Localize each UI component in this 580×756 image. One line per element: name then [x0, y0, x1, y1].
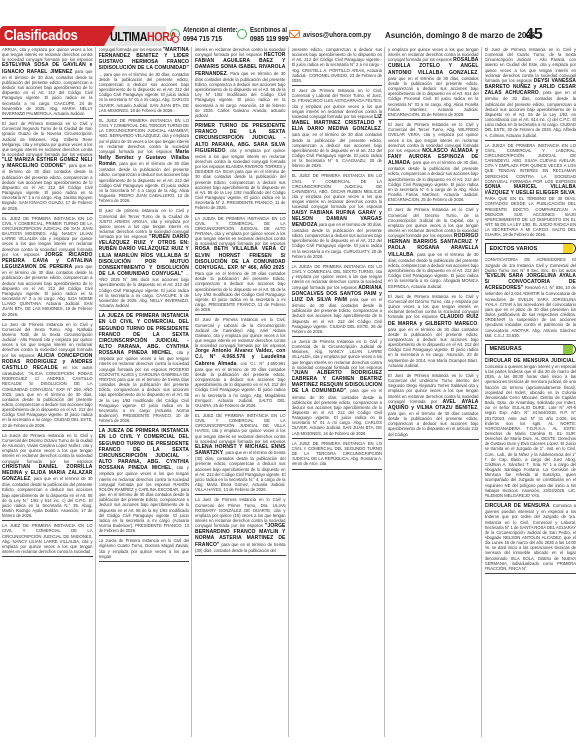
legal-notice: LA JUEZ DE PRIMERA INSTANCIA EN LO CIVIL… — [292, 441, 383, 470]
column-6: El Juez de Primera Instancia en lo Civil… — [485, 47, 579, 737]
legal-notice: La Jueza de Primera Instancia en lo Civi… — [2, 433, 93, 522]
dateline: Asunción, domingo 8 de marzo de 2026 — [385, 31, 535, 40]
notice-text-cont: . Comunica a quienes puedan interesar y … — [485, 503, 577, 571]
notice-parties: CIRCULAR DE MENSURA JUDICIAL — [485, 358, 575, 364]
notice-parties: SONIA MARICEL VILLALBA VÁZQUEZ Y UESLEI … — [485, 184, 577, 196]
whatsapp-phone-icon — [170, 29, 180, 39]
column-1: ARRUA, cita y emplaza por quince veces a… — [2, 47, 96, 737]
notice-text-cont: . Para que en el término de 30 días cont… — [195, 265, 286, 312]
notice-text-cont: para que en el término de 30 días, conta… — [292, 222, 383, 259]
email-link[interactable]: avisos@uhora.com.py — [303, 30, 371, 39]
notice-text-cont: , para que en el término de 30 días, con… — [388, 70, 479, 117]
legal-notice: conyugal formada por los esposos "MARTIN… — [99, 47, 190, 116]
notice-text-cont: , para que, en el término de 30 días con… — [292, 126, 383, 168]
legal-notice: CIRCULAR DE MENSURA JUDICIAL. Comunica a… — [485, 358, 577, 501]
legal-notice: LA JUEZA DE PRIMERA INSTANCIA EN LO CIVI… — [99, 313, 190, 426]
legal-notice: LA JUEZ DE PRIMERA INSTANCIA EN LO CIVIL… — [2, 523, 93, 557]
legal-notice: EL JUEZ DE PRIMERA INSTANCIA EN LO CIVIL… — [195, 413, 286, 495]
legal-notice: y emplaza por quince veces a los que ten… — [388, 47, 479, 120]
legal-notice: El Juez de Primera Instancia en lo Civil… — [292, 88, 383, 171]
notice-text: conyugal formada por los esposos — [99, 47, 163, 52]
newspaper-logo: ULTIMAHORA — [110, 29, 177, 44]
write-contact: Escribinos al 0985 119 999 — [237, 27, 295, 43]
notice-text-cont: , para que en el término de 30 días cont… — [388, 321, 479, 368]
support-number[interactable]: 0994 715 715 — [183, 35, 238, 43]
notice-text: LA JUEZ DE PRIMERA INSTANCIA EN LO CIVIL… — [292, 441, 383, 467]
notice-text-cont: . PARA QUE EN EL TÉRMINO DE 30 DÍAS, CON… — [485, 190, 577, 237]
section-header-mensuras: MENSURAS — [485, 344, 577, 355]
notice-text-cont: , para que en el término de 30 días, con… — [292, 388, 383, 435]
map-badge-icon — [563, 345, 573, 354]
notice-text-cont: para que en el término de 30 días contad… — [2, 264, 93, 316]
legal-notice: presente edicto, comparezcan a deducir s… — [292, 47, 383, 86]
legal-notice: El Juez de Primera Instancia en lo Civil… — [388, 294, 479, 371]
legal-notice: El Juez de Primera Instancia en lo Civil… — [485, 47, 577, 141]
notice-text-cont: para que en el término de 30 días contad… — [292, 297, 383, 334]
notice-parties: ROSA BETH VILLALBA VERA C/ ELVIN HORNST … — [195, 246, 286, 270]
logo-part-ultima: ULTIMA — [110, 29, 147, 44]
legal-notice: El juez de primera instancia en lo Civil… — [99, 208, 190, 311]
email-contact: avisos@uhora.com.py — [289, 27, 383, 39]
notice-parties: "RUBÉN DARÍO VELÁZQUEZ RUIZ Y OTROS EN: … — [99, 234, 190, 277]
notice-text: El Juez de Primera Instancia en lo Civil… — [195, 317, 286, 348]
page-number: 45 — [525, 26, 543, 44]
notice-text: EL JUEZ DE PRIMERA INSTANCIA EN LO CIVIL… — [2, 216, 93, 257]
column-3: interés en reclamar derechos contra la s… — [195, 47, 289, 737]
notice-text: La Jueza de Primera Instancia en lo Civi… — [2, 433, 93, 464]
notice-parties: CIRCULAR DE MENSURA — [485, 503, 550, 509]
notice-text: La Jueza de Primera Instancia en lo Civi… — [99, 538, 190, 558]
page-bottom-margin — [0, 738, 580, 756]
legal-notice: El Juez de Primera Instancia en lo Civil… — [388, 207, 479, 291]
notice-text-cont: para que en el término de 30 días, conta… — [2, 69, 93, 116]
legal-notice: El Juez de Primera Instancia en lo Civil… — [388, 373, 479, 440]
notice-text: LA JUEZA DE PRIMERA INSTANCIA EN LO CIVI… — [195, 216, 286, 247]
notice-text: EL JUEZ DE PRIMERA INSTANCIA EN LO CIVIL… — [195, 413, 286, 444]
notice-text: LA JUEZA DE PRIMERA INSTANCIA EN LO CIVI… — [485, 143, 577, 184]
notice-text-cont: , para que en el término de 30 días, con… — [485, 90, 577, 137]
notice-text: El Juez de Primera Instancia en lo Civil… — [292, 88, 383, 119]
legal-notice: LA JUEZA DE PRIMERA INSTANCIA EN LO CIVI… — [485, 143, 577, 241]
notice-text-cont: , cita y emplaza por quince veces a los … — [195, 148, 286, 211]
notice-text-cont: , para que en el término de 30 días, con… — [388, 160, 479, 202]
notice-text: El Juez de Primera Instancia en lo Civil… — [2, 121, 93, 157]
legal-notice: La Juez de Primera Instancia en lo Civil… — [195, 497, 286, 556]
notice-text: EL JUEZ DE PRIMERA INSTANCIA EN LO CIVIL… — [292, 173, 383, 209]
classified-columns: ARRUA, cita y emplaza por quince veces a… — [2, 47, 578, 737]
page-header: Clasificados ULTIMAHORA Atención al clie… — [0, 26, 580, 46]
legal-notice: El Juez de Primera Instancia en lo Civil… — [388, 122, 479, 205]
notice-text: presente edicto, comparezcan a deducir s… — [292, 47, 383, 83]
notice-text-cont: ... para que en el término de 30 días, c… — [99, 72, 190, 113]
notice-text-cont: ... AÑO 2025 N° 396 ducit sus acciones b… — [99, 271, 190, 308]
legal-notice: El Juez de Primera Instancia en lo Civil… — [195, 317, 286, 411]
legal-notice: CONVOCATORIA DE ACREEDORES El Juzgado de… — [485, 257, 577, 340]
notice-text-cont: , para que en el término de 30 días, con… — [388, 252, 479, 289]
section-title: Clasificados — [4, 27, 78, 44]
notice-text: CONVOCATORIA DE ACREEDORES El Juzgado de… — [485, 257, 577, 272]
notice-text-cont: , para que en el término de 30 días cont… — [99, 161, 190, 203]
section-label: EDICTOS VARIOS — [490, 246, 538, 252]
legal-notice: LA JUEZA DE PRIMERA INSTANCIA EN LO CIVI… — [99, 428, 190, 536]
legal-notice: El Juez de Primera Instancia en lo Civil… — [2, 121, 93, 214]
notice-text-cont: Resolvió A.I. N° 836, 10 de setiembre de… — [485, 285, 577, 337]
newspaper-page: Clasificados ULTIMAHORA Atención al clie… — [0, 0, 580, 756]
notice-text-cont: , cita y emplaza por quince veces a los … — [99, 465, 190, 533]
notice-text-cont: , para que en el término de 30 días cont… — [2, 163, 93, 210]
write-number[interactable]: 0985 119 999 — [250, 35, 289, 43]
notice-text-cont: . Para que en término de 30 días contado… — [195, 71, 286, 118]
legal-notice: La Jueza de Primera Instancia en lo Civi… — [99, 538, 190, 562]
legal-notice: La Juez de Primera Instancia en lo Civil… — [2, 322, 93, 431]
notice-text-cont: , para que en el término de 30 días, con… — [2, 476, 93, 518]
notice-text: LA JUEZ DE PRIMERA INSTANCIA EN LO CIVIL… — [2, 523, 93, 554]
section-banner: Clasificados — [0, 26, 120, 46]
notice-text-cont: , cita y emplaza por quince veces a los … — [99, 350, 190, 423]
column-5: y emplaza por quince veces a los que ten… — [388, 47, 482, 737]
legal-notice: La Jueza de Primera Instancia en lo Civi… — [292, 339, 383, 439]
notice-text-cont: en los autos caratulados: "ALICIA CONCEP… — [2, 365, 93, 428]
notice-text-cont: , para que en el término de treinta (30)… — [195, 450, 286, 492]
section-label: MENSURAS — [490, 346, 522, 352]
notice-text-cont: . Comunica a quienes tengan interés y en… — [485, 358, 577, 498]
legal-notice: EL JUEZ DE PRIMERA INSTANCIA EN LO CIVIL… — [99, 118, 190, 207]
mail-icon — [289, 30, 300, 38]
legal-notice: EL JUEZ DE PRIMERA INSTANCIA EN LO CIVIL… — [292, 173, 383, 262]
notice-text-cont: , con C.I. N° 4.650.961 para que en el t… — [195, 361, 286, 408]
notice-text: ARRUA, cita y emplaza por quince veces a… — [2, 47, 93, 62]
legal-notice: PRIMER TURNO DE PRESIDENTE FRANCO DE LA … — [195, 123, 286, 214]
legal-notice: LA JUEZA DE PRIMERA INSTANCIA EN LO CIVI… — [292, 264, 383, 337]
section-header-edictos-varios: EDICTOS VARIOS — [485, 243, 577, 254]
legal-notice: LA JUEZA DE PRIMERA INSTANCIA EN LO CIVI… — [195, 216, 286, 316]
column-4: presente edicto, comparezcan a deducir s… — [292, 47, 386, 737]
notice-text: La Jueza de Primera Instancia en lo Civi… — [292, 339, 383, 370]
legal-notice: ARRUA, cita y emplaza por quince veces a… — [2, 47, 93, 119]
support-contact: Atención al cliente: 0994 715 715 — [170, 27, 247, 43]
legal-notice: EL JUEZ DE PRIMERA INSTANCIA EN LO CIVIL… — [2, 216, 93, 320]
column-2: conyugal formada por los esposos "MARTIN… — [99, 47, 193, 737]
document-badge-icon — [563, 244, 573, 253]
legal-notice: CIRCULAR DE MENSURA. Comunica a quienes … — [485, 503, 577, 574]
legal-notice: interés en reclamar derechos contra la s… — [195, 47, 286, 121]
whatsapp-icon — [237, 29, 247, 39]
